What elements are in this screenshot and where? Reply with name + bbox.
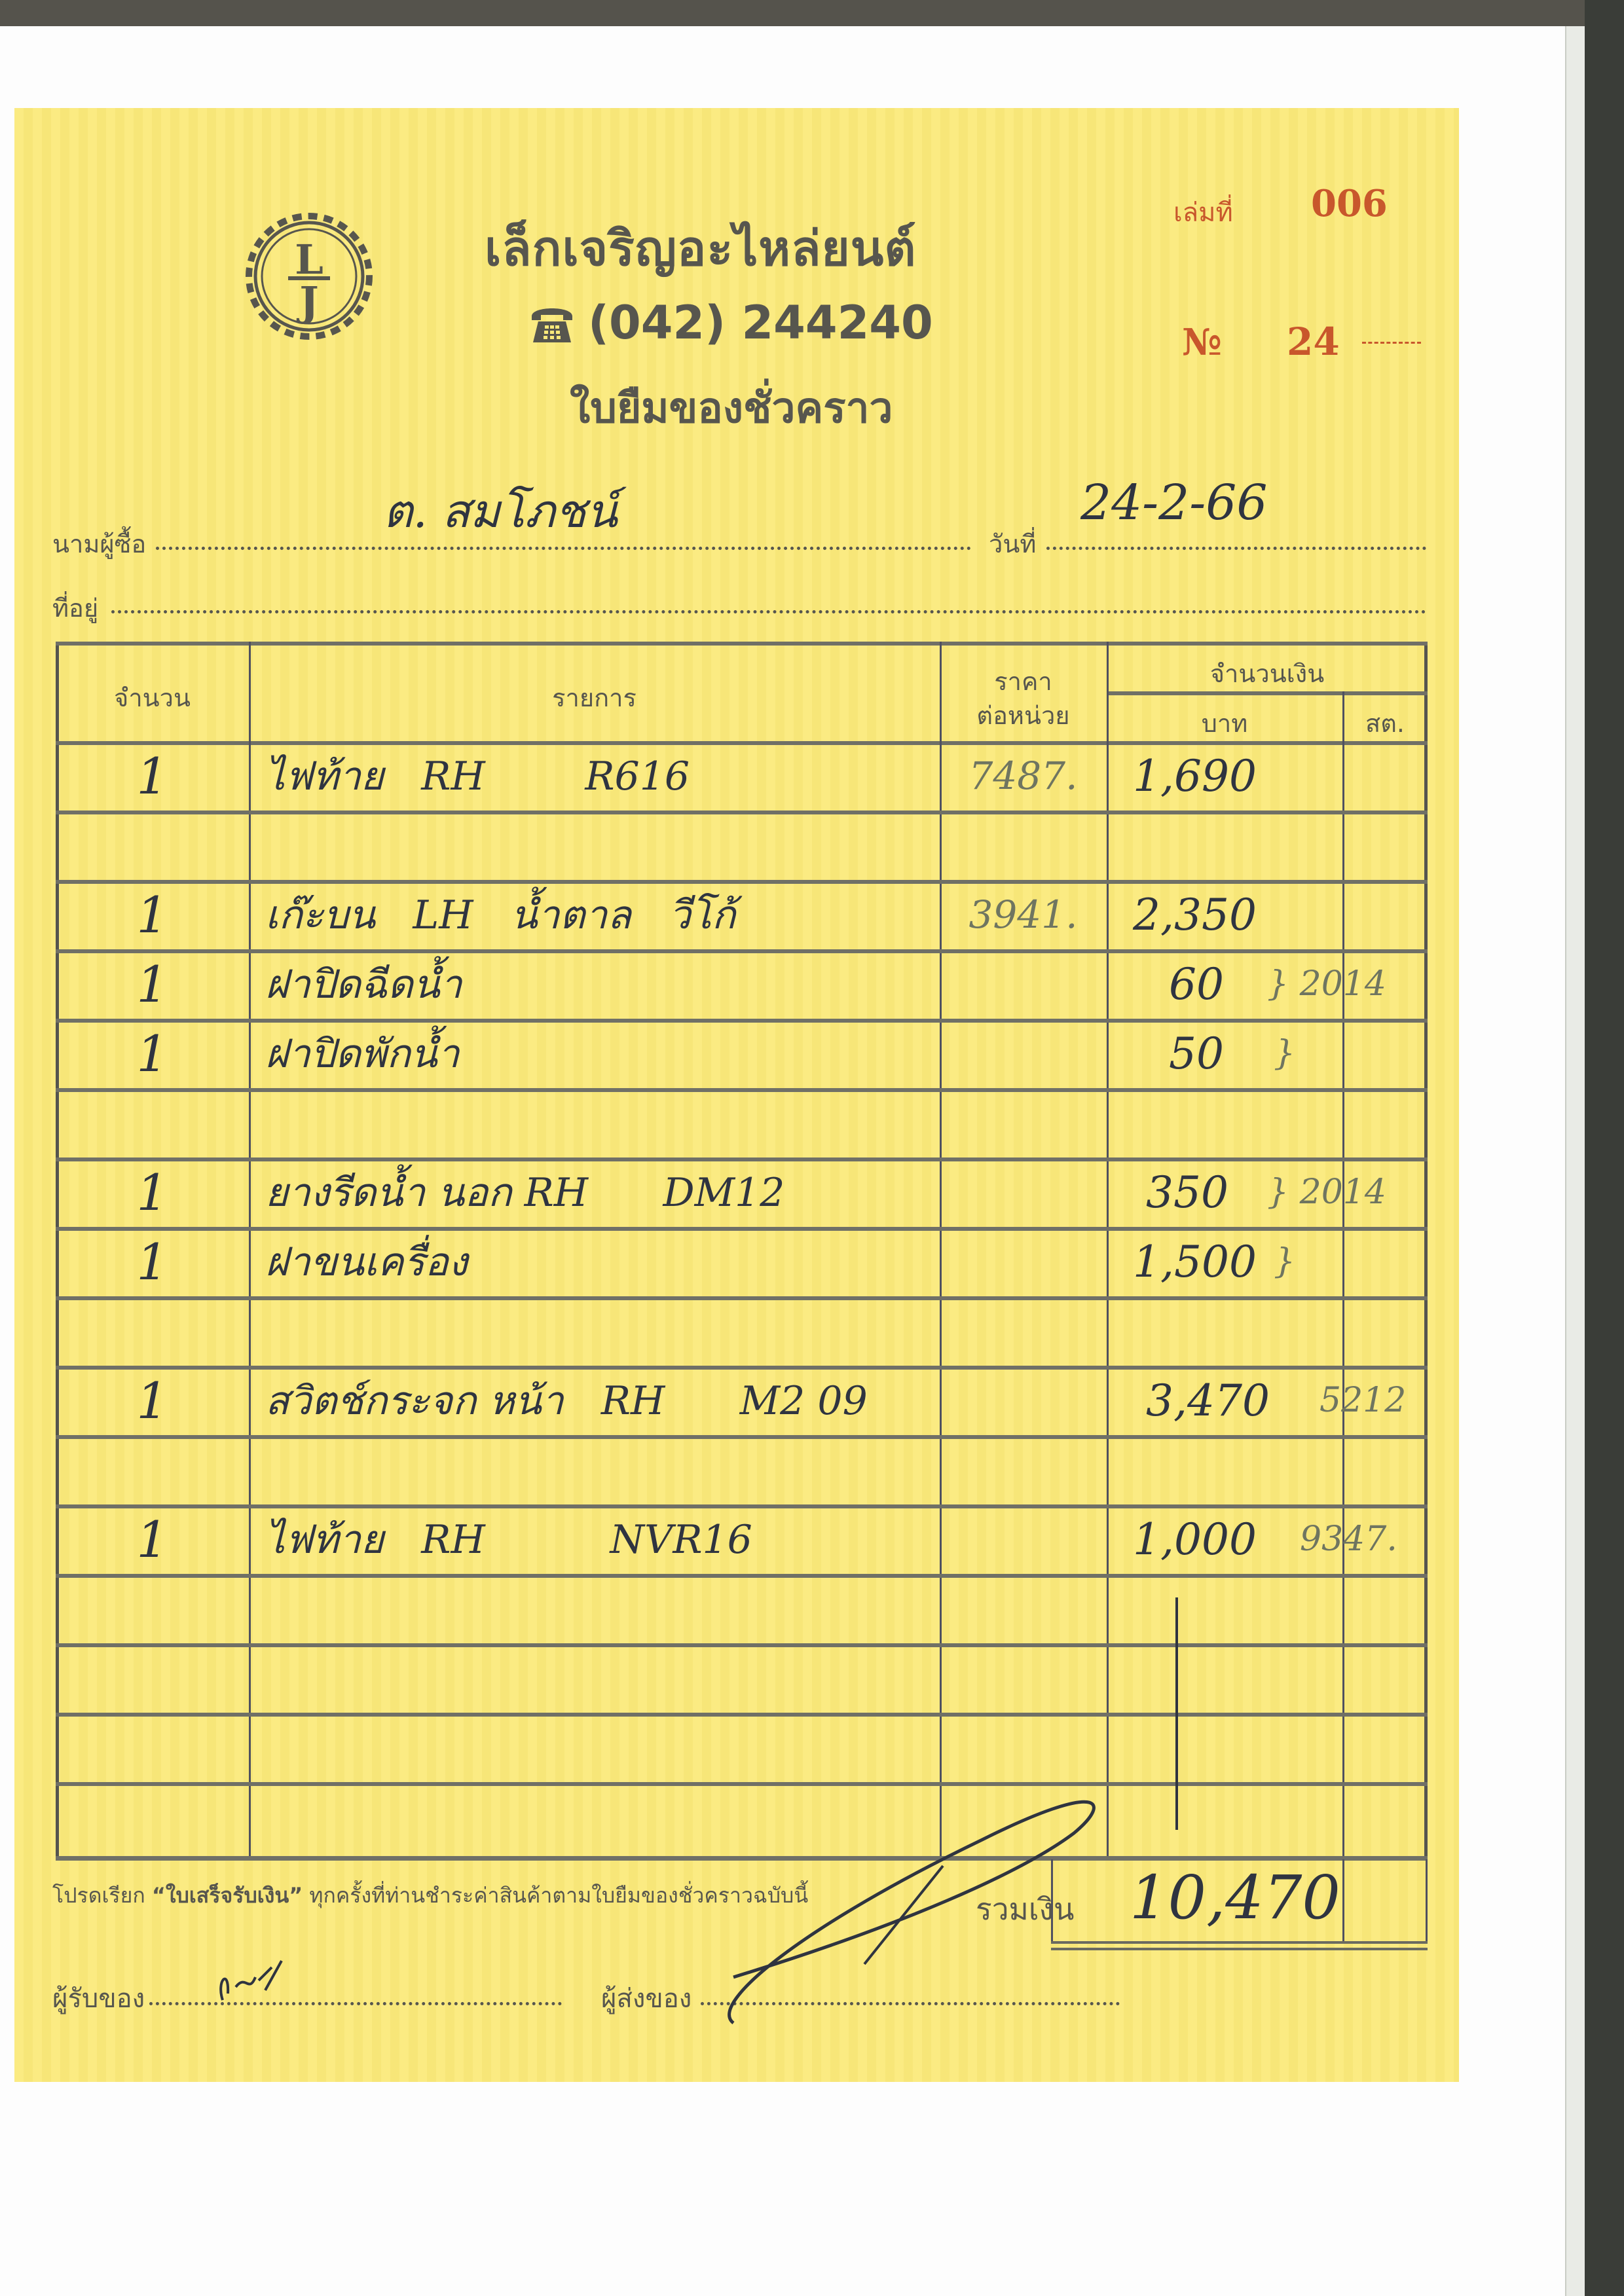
phone-row: (042) 244240 (529, 296, 933, 350)
row1-qty[interactable]: 1 (56, 741, 249, 811)
row-rule (56, 1296, 1428, 1300)
row1-amount[interactable]: 1,690 (1107, 741, 1369, 811)
header-amount: จำนวนเงิน (1107, 653, 1428, 693)
table-top-rule (56, 642, 1428, 646)
row4-qty[interactable]: 1 (56, 949, 249, 1019)
row12-qty[interactable]: 1 (56, 1504, 249, 1574)
row8-qty[interactable]: 1 (56, 1227, 249, 1296)
buyer-label: นามผู้ซื้อ (52, 524, 146, 564)
row3-unit-price[interactable]: 3941. (940, 880, 1107, 949)
row5-note[interactable]: } (1274, 1019, 1339, 1088)
date-label: วันที่ (989, 524, 1036, 564)
header-description: รายการ (249, 678, 940, 718)
row10-note[interactable]: 5212 (1319, 1366, 1428, 1435)
row7-note[interactable]: } 2014 (1267, 1157, 1428, 1227)
header-unit-price-line2: ต่อหน่วย (940, 695, 1107, 735)
header-baht: บาท (1107, 703, 1342, 743)
row-rule (56, 1643, 1428, 1647)
telephone-icon (529, 302, 575, 344)
row-rule (56, 1435, 1428, 1439)
notice-prefix: โปรดเรียก (52, 1883, 152, 1908)
row4-note[interactable]: } 2014 (1267, 949, 1428, 1019)
book-number-label: เล่มที่ (1173, 191, 1233, 233)
row12-note[interactable]: 9347. (1300, 1504, 1428, 1574)
binder-edge (1565, 26, 1586, 2296)
row5-description[interactable]: ฝาปิดพักน้ำ (249, 1019, 956, 1088)
serial-number-label: № (1182, 321, 1222, 364)
header-satang: สต. (1342, 703, 1428, 743)
phone-number: (042) 244240 (588, 296, 933, 350)
address-label: ที่อยู่ (52, 588, 98, 628)
row-rule (56, 811, 1428, 814)
company-name: เล็กเจริญอะไหล่ยนต์ (485, 210, 916, 287)
row-rule (56, 1574, 1428, 1578)
date-dotted-line (1046, 547, 1426, 550)
row12-description[interactable]: ไฟท้าย RH NVR16 (249, 1504, 956, 1574)
row3-description[interactable]: เก๊ะบน LH น้ำตาล วีโก้ (249, 880, 956, 949)
row3-amount[interactable]: 2,350 (1107, 880, 1369, 949)
document-title: ใบยืมของชั่วคราว (570, 374, 893, 441)
receiver-signature[interactable] (210, 1954, 327, 2013)
row-rule (56, 1088, 1428, 1092)
header-qty: จำนวน (56, 678, 249, 718)
row1-description[interactable]: ไฟท้าย RH R616 (249, 741, 956, 811)
row1-note[interactable] (1342, 741, 1428, 811)
row4-description[interactable]: ฝาปิดฉีดน้ำ (249, 949, 956, 1019)
row8-note[interactable]: } (1274, 1227, 1339, 1296)
closing-pen-stroke (1175, 1597, 1178, 1830)
sender-signature[interactable] (707, 1794, 1166, 2030)
serial-dash (1362, 342, 1421, 344)
receiver-label: ผู้รับของ (52, 1977, 145, 2019)
svg-text:J: J (296, 278, 318, 325)
row3-qty[interactable]: 1 (56, 880, 249, 949)
row1-unit-price[interactable]: 7487. (940, 741, 1107, 811)
notice-bold: “ใบเสร็จรับเงิน” (152, 1883, 303, 1908)
total-satang-divider (1342, 1859, 1344, 1941)
company-logo-gear-icon: L J (244, 211, 375, 342)
sender-label: ผู้ส่งของ (601, 1977, 692, 2019)
items-table: จำนวน รายการ ราคา ต่อหน่วย จำนวนเงิน บาท… (56, 642, 1428, 1941)
row5-amount[interactable]: 50 (1107, 1019, 1405, 1088)
row10-description[interactable]: สวิตช์กระจก หน้า RH M2 09 (249, 1366, 956, 1435)
buyer-name-field[interactable]: ต. สมโภชน์ (383, 475, 618, 547)
row8-description[interactable]: ฝาขนเครื่อง (249, 1227, 956, 1296)
row7-description[interactable]: ยางรีดน้ำ นอก RH DM12 (249, 1157, 956, 1227)
date-field[interactable]: 24-2-66 (1080, 475, 1267, 531)
scanner-right-edge (1585, 0, 1624, 2296)
row5-qty[interactable]: 1 (56, 1019, 249, 1088)
row-rule (56, 1713, 1428, 1717)
address-dotted-line (111, 610, 1426, 613)
row-rule (56, 1782, 1428, 1786)
book-number: 006 (1311, 182, 1388, 225)
row7-qty[interactable]: 1 (56, 1157, 249, 1227)
scanner-top-edge (0, 0, 1624, 26)
serial-number: 24 (1287, 319, 1340, 364)
row10-qty[interactable]: 1 (56, 1366, 249, 1435)
receipt-notice: โปรดเรียก “ใบเสร็จรับเงิน” ทุกครั้งที่ท่… (52, 1879, 808, 1912)
